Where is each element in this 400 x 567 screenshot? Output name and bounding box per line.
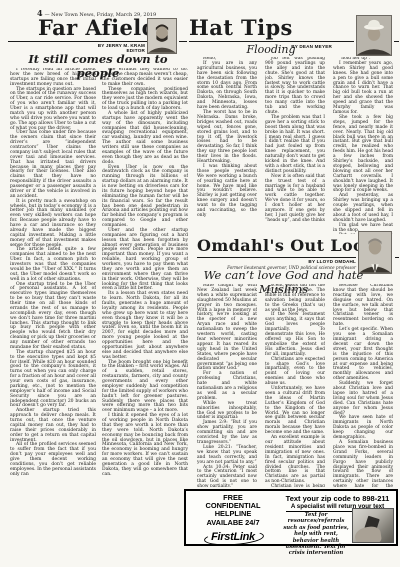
portrait-man-beard-icon [148,19,176,53]
far-afield-rule [8,41,147,42]
ad-helpline-lines: FREECONFIDENTIALHELPLINEAVAILABE 24/7 [186,494,280,527]
hat-tips-headline: Flooding [196,43,346,56]
portrait-man-suit-icon [359,232,391,273]
portrait-man-cowboy-hat-icon [357,16,391,55]
hat-tips-rule [189,41,354,42]
omdahl-column-2: scent, Jesus did not die for the Jews al… [265,284,325,487]
hand-shape [354,525,382,543]
omdahl-title: Omdahl's Out Look [197,236,376,255]
firstlink-helpline-ad: FREECONFIDENTIALHELPLINEAVAILABE 24/7 Fi… [184,489,398,546]
author-photo-meyer [356,15,392,56]
ad-headline: Text your zip code to 898-211 [282,494,393,503]
far-afield-column-1: I recently read an article about how the… [10,68,96,488]
newspaper-page: 4— New Town News, Friday, March 29, 2019… [0,0,400,567]
hat-tips-title: Hat Tips [189,15,293,40]
omdahl-rule-dash [395,257,399,258]
far-afield-column-2: the errands they wanted to do. Once the … [102,68,188,488]
omdahl-rule [197,257,356,258]
omdahl-column-1: Hate caught up with New Zealand last wee… [197,284,257,487]
hat-tips-column-3: “hold her up”.I remember years ago, when… [333,57,393,234]
hands-texting-photo [352,508,394,543]
ad-right-block: Text your zip code to 898-211 A speciali… [280,491,396,544]
far-afield-rule-dash [179,41,187,42]
ad-left-block: FREECONFIDENTIALHELPLINEAVAILABE 24/7 Fi… [186,491,280,544]
hat-tips-column-2: job felt was pushing 900 pound yearlings… [265,57,325,234]
ad-body-text: Text for resources/referrals such as foo… [283,512,349,557]
far-afield-title: Far Afield [38,15,157,40]
firstlink-logo: FirstLink [206,531,260,543]
author-photo-kram [147,18,177,54]
hat-tips-column-1: Hello,If you are in any agricultural bus… [197,57,257,234]
hat-tips-rule-dash [394,41,399,42]
omdahl-column-3: Because Christians know that they should… [333,284,393,487]
